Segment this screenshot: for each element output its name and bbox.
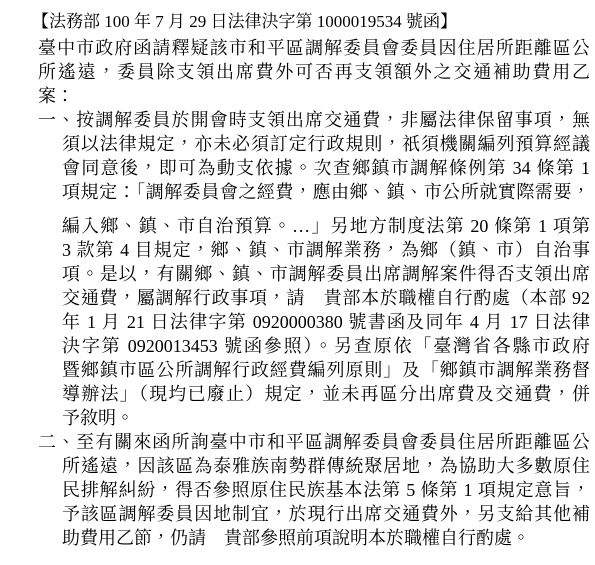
text-line: 民排解糾紛，得否參照原住民族基本法第 5 條第 1 項規定意旨， — [38, 478, 590, 502]
document-page: 【法務部 100 年 7 月 29 日法律決字第 1000019534 號函】 … — [0, 0, 595, 565]
item-1-part-1: 一、按調解委員於開會時支領出席交通費，非屬法律保留事項，無須以法律規定，亦未必須… — [38, 108, 590, 204]
text-line: 交通費，屬調解行政事項，請 貴部本於職權自行酌處（本部 92 — [38, 286, 590, 310]
text-line: 3 款第 4 目規定，鄉、鎮、市調解業務，為鄉（鎮、市）自治事 — [38, 238, 590, 262]
text-line: 暨鄉鎮市區公所調解行政經費編列原則」及「鄉鎮市調解業務督 — [38, 358, 590, 382]
text-line: 決字第 0920013453 號函參照）。另查原依「臺灣省各縣市政府 — [38, 334, 590, 358]
text-line: 一、按調解委員於開會時支領出席交通費，非屬法律保留事項，無 — [38, 108, 590, 132]
text-line: 予敘明。 — [38, 406, 590, 430]
text-line: 會同意後，即可為動支依據。次查鄉鎮市調解條例第 34 條第 1 — [38, 156, 590, 180]
text-line: 須以法律規定，亦未必須訂定行政規則，祇須機關編列預算經議 — [38, 132, 590, 156]
text-line: 項規定：「調解委員會之經費，應由鄉、鎮、市公所就實際需要， — [38, 180, 590, 204]
item-2: 二、至有關來函所詢臺中市和平區調解委員會委員住居所距離區公所遙遠，因該區為泰雅族… — [38, 430, 590, 550]
item-1-part-2: 編入鄉、鎮、市自治預算。…」另地方制度法第 20 條第 1 項第3 款第 4 目… — [38, 214, 590, 430]
text-line: 案： — [38, 84, 590, 108]
text-line: 年 1 月 21 日法律字第 0920000380 號書函及同年 4 月 17 … — [38, 310, 590, 334]
text-line: 項。是以，有關鄉、鎮、市調解委員出席調解案件得否支領出席 — [38, 262, 590, 286]
document-body: 臺中市政府函請釋疑該市和平區調解委員會委員因住居所距離區公所遙遠，委員除支領出席… — [38, 36, 590, 550]
text-line: 臺中市政府函請釋疑該市和平區調解委員會委員因住居所距離區公 — [38, 36, 590, 60]
text-line: 編入鄉、鎮、市自治預算。…」另地方制度法第 20 條第 1 項第 — [38, 214, 590, 238]
text-line: 助費用乙節，仍請 貴部參照前項說明本於職權自行酌處。 — [38, 526, 590, 550]
text-line: 予該區調解委員因地制宜，於現行出席交通費外，另支給其他補 — [38, 502, 590, 526]
intro-paragraph: 臺中市政府函請釋疑該市和平區調解委員會委員因住居所距離區公所遙遠，委員除支領出席… — [38, 36, 590, 108]
text-line: 所遙遠，委員除支領出席費外可否再支領額外之交通補助費用乙 — [38, 60, 590, 84]
text-line: 所遙遠，因該區為泰雅族南勢群傳統聚居地，為協助大多數原住 — [38, 454, 590, 478]
text-line: 二、至有關來函所詢臺中市和平區調解委員會委員住居所距離區公 — [38, 430, 590, 454]
text-line: 導辦法」（現均已廢止）規定，並未再區分出席費及交通費，併 — [38, 382, 590, 406]
document-title: 【法務部 100 年 7 月 29 日法律決字第 1000019534 號函】 — [0, 0, 595, 36]
